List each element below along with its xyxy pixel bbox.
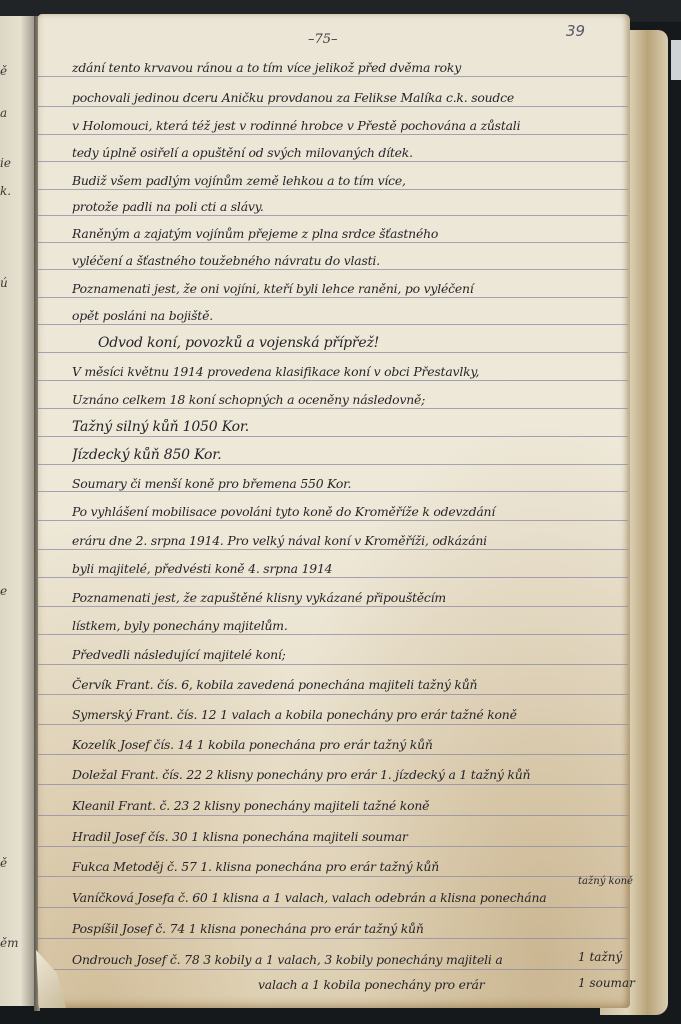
text-line: Poznamenati jest, že oni vojíni, kteří b… — [72, 281, 620, 296]
owner-row: Vaníčková Josefa č. 60 1 klisna a 1 vala… — [72, 890, 620, 905]
owner-row: Ondrouch Josef č. 78 3 kobily a 1 valach… — [72, 952, 560, 967]
price-line: Tažný silný kůň 1050 Kor. — [72, 419, 620, 435]
backdrop-strip — [671, 40, 681, 80]
owner-row: Pospíšil Josef č. 74 1 klisna ponechána … — [72, 921, 620, 936]
margin-note: 1 soumar — [578, 976, 635, 990]
ruled-line — [38, 664, 628, 665]
text-line: opět posláni na bojiště. — [72, 308, 620, 323]
ruled-line — [38, 161, 628, 162]
ruled-line — [38, 134, 628, 135]
text-line: Poznamenati jest, že zapuštěné klisny vy… — [72, 590, 620, 605]
page-number-corner: 39 — [566, 22, 585, 40]
left-page-edge: ě a ie k. ú e ě ěm — [0, 16, 38, 1006]
ruled-line — [38, 577, 628, 578]
ruled-line — [38, 907, 628, 908]
page-number-center: –75– — [308, 32, 338, 47]
owner-row: Kleanil Frant. č. 23 2 klisny ponechány … — [72, 798, 620, 813]
text-line: Předvedli následující majitelé koní; — [72, 647, 620, 662]
manuscript-page: –75– 39 zdání tento krvavou ránou a to t… — [38, 14, 630, 1008]
ruled-line — [38, 189, 628, 190]
text-line: Budiž všem padlým vojínům země lehkou a … — [72, 173, 620, 188]
ruled-line — [38, 784, 628, 785]
text-line: protože padli na poli cti a slávy. — [72, 199, 620, 214]
left-page-fragment: k. — [0, 184, 11, 198]
ruled-line — [38, 436, 628, 437]
ruled-line — [38, 754, 628, 755]
left-page-fragment: ěm — [0, 936, 18, 950]
ruled-line — [38, 352, 628, 353]
text-line: vyléčení a šťastného toužebného návratu … — [72, 253, 620, 268]
text-line: Uznáno celkem 18 koní schopných a oceněn… — [72, 392, 620, 407]
left-page-fragment: ě — [0, 64, 7, 78]
ruled-line — [38, 969, 628, 970]
ruled-line — [38, 297, 628, 298]
text-line: lístkem, byly ponechány majitelům. — [72, 618, 620, 633]
ruled-line — [38, 520, 628, 521]
ruled-line — [38, 549, 628, 550]
ruled-line — [38, 634, 628, 635]
ruled-line — [38, 606, 628, 607]
owner-row: Červík Frant. čís. 6, kobila zavedená po… — [72, 677, 620, 692]
left-page-fragment: a — [0, 106, 7, 120]
left-page-fragment: ú — [0, 276, 8, 290]
text-line: zdání tento krvavou ránou a to tím více … — [72, 60, 620, 75]
ruled-line — [38, 938, 628, 939]
owner-row: Symerský Frant. čís. 12 1 valach a kobil… — [72, 707, 620, 722]
ruled-line — [38, 324, 628, 325]
ruled-line — [38, 215, 628, 216]
text-line: V měsíci květnu 1914 provedena klasifika… — [72, 364, 620, 379]
ruled-line — [38, 242, 628, 243]
text-line: Po vyhlášení mobilisace povoláni tyto ko… — [72, 504, 620, 519]
ruled-line — [38, 724, 628, 725]
left-page-fragment: ie — [0, 156, 11, 170]
ruled-line — [38, 694, 628, 695]
ruled-line — [38, 464, 628, 465]
ruled-line — [38, 408, 628, 409]
price-line: Soumary či menší koně pro břemena 550 Ko… — [72, 476, 620, 491]
margin-note: 1 tažný — [578, 950, 622, 964]
ruled-line — [38, 269, 628, 270]
owner-row: Fukса Metoděj č. 57 1. klisna ponechána … — [72, 859, 620, 874]
ruled-line — [38, 876, 628, 877]
left-page-fragment: ě — [0, 856, 7, 870]
ruled-line — [38, 76, 628, 77]
text-line: byli majitelé, předvésti koně 4. srpna 1… — [72, 561, 620, 576]
margin-note: tažný koně — [578, 876, 633, 887]
text-line: v Holomouci, která též jest v rodinné hr… — [72, 118, 620, 133]
owner-row: Doležal Frant. čís. 22 2 klisny ponechán… — [72, 767, 620, 782]
ruled-line — [38, 815, 628, 816]
text-line: tedy úplně osiřelí a opuštění od svých m… — [72, 145, 620, 160]
ruled-line — [38, 846, 628, 847]
owner-row: Kozelík Josef čís. 14 1 kobila ponechána… — [72, 737, 620, 752]
ruled-line — [38, 106, 628, 107]
ruled-line — [38, 491, 628, 492]
text-line: Raněným a zajatým vojínům přejeme z plna… — [72, 226, 620, 241]
text-line: pochovali jedinou dceru Aničku provdanou… — [72, 90, 620, 105]
ruled-line — [38, 380, 628, 381]
price-line: Jízdecký kůň 850 Kor. — [72, 447, 620, 463]
owner-row-continuation: valach a 1 kobila ponechány pro erár — [258, 977, 560, 992]
section-heading: Odvod koní, povozků a vojenská přípřež! — [98, 335, 620, 351]
owner-row: Hradil Josef čís. 30 1 klisna ponechána … — [72, 829, 620, 844]
left-page-fragment: e — [0, 584, 7, 598]
text-line: eráru dne 2. srpna 1914. Pro velký nával… — [72, 533, 620, 548]
